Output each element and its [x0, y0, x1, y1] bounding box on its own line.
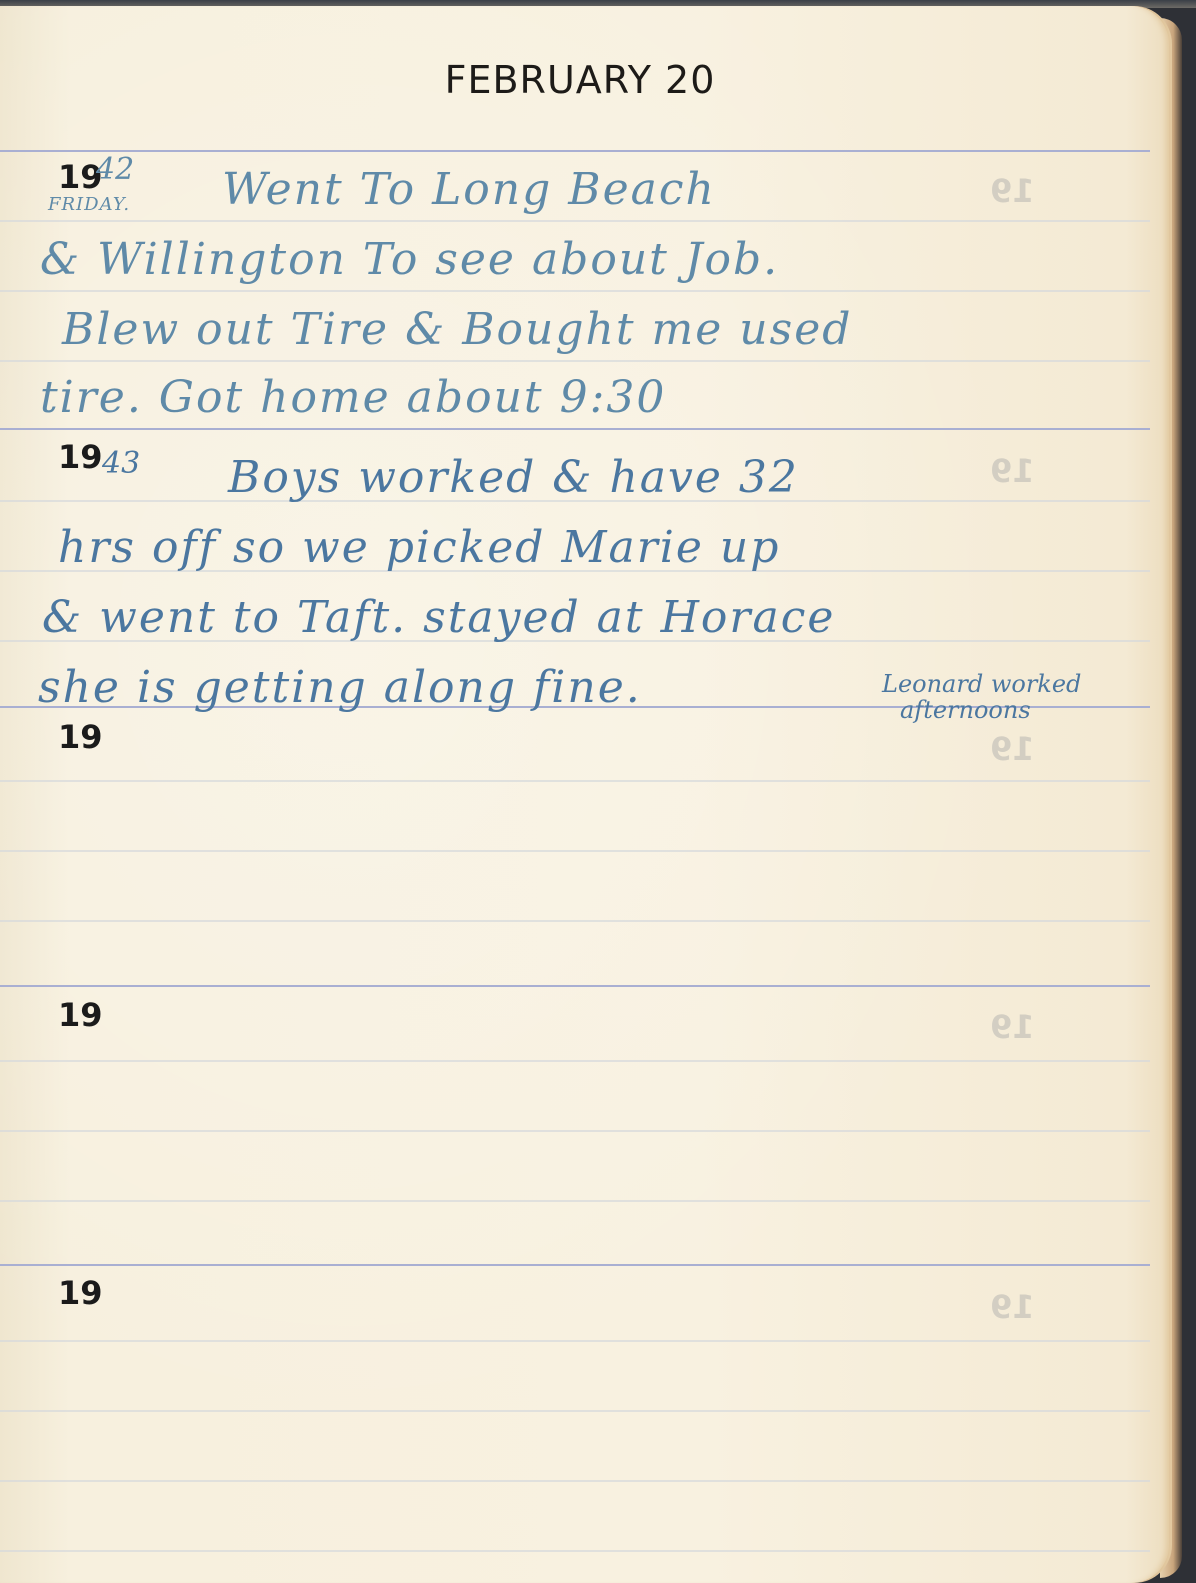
printed-year: 19: [58, 996, 103, 1034]
entry-line: & Willington To see about Job.: [40, 234, 779, 285]
entry-line: she is getting along fine.: [38, 662, 642, 713]
printed-year: 19: [58, 438, 103, 476]
entry-line: tire. Got home about 9:30: [40, 372, 666, 423]
ruled-line: [0, 920, 1150, 922]
bleed-through-year: 19: [990, 730, 1035, 768]
margin-note: afternoons: [900, 696, 1031, 724]
entry-line: hrs off so we picked Marie up: [58, 522, 780, 573]
ruled-line: [0, 850, 1150, 852]
entry-line: Blew out Tire & Bought me used: [62, 304, 852, 355]
margin-note: Leonard worked: [882, 670, 1081, 698]
section-divider: [0, 428, 1150, 430]
ruled-line: [0, 290, 1150, 292]
weekday-note: FRIDAY.: [48, 194, 130, 215]
diary-page: FEBRUARY 20 19 19 42 FRIDAY. Went To Lon…: [0, 6, 1172, 1583]
handwritten-year-suffix: 42: [96, 152, 134, 187]
entry-line: & went to Taft. stayed at Horace: [42, 592, 835, 643]
ruled-line: [0, 360, 1150, 362]
bleed-through-year: 19: [990, 172, 1035, 210]
section-divider: [0, 150, 1150, 152]
bleed-through-year: 19: [990, 1288, 1035, 1326]
ruled-line: [0, 1550, 1150, 1552]
ruled-line: [0, 220, 1150, 222]
bleed-through-year: 19: [990, 452, 1035, 490]
handwritten-year-suffix: 43: [102, 446, 140, 481]
entry-line: Boys worked & have 32: [228, 452, 799, 503]
section-divider: [0, 1264, 1150, 1266]
entry-line: Went To Long Beach: [222, 164, 716, 215]
printed-year: 19: [58, 718, 103, 756]
page-title: FEBRUARY 20: [0, 58, 1160, 102]
ruled-line: [0, 1130, 1150, 1132]
bleed-through-year: 19: [990, 1008, 1035, 1046]
section-divider: [0, 985, 1150, 987]
ruled-line: [0, 1480, 1150, 1482]
ruled-line: [0, 1340, 1150, 1342]
ruled-line: [0, 1060, 1150, 1062]
ruled-line: [0, 780, 1150, 782]
ruled-line: [0, 1200, 1150, 1202]
ruled-line: [0, 1410, 1150, 1412]
printed-year: 19: [58, 1274, 103, 1312]
